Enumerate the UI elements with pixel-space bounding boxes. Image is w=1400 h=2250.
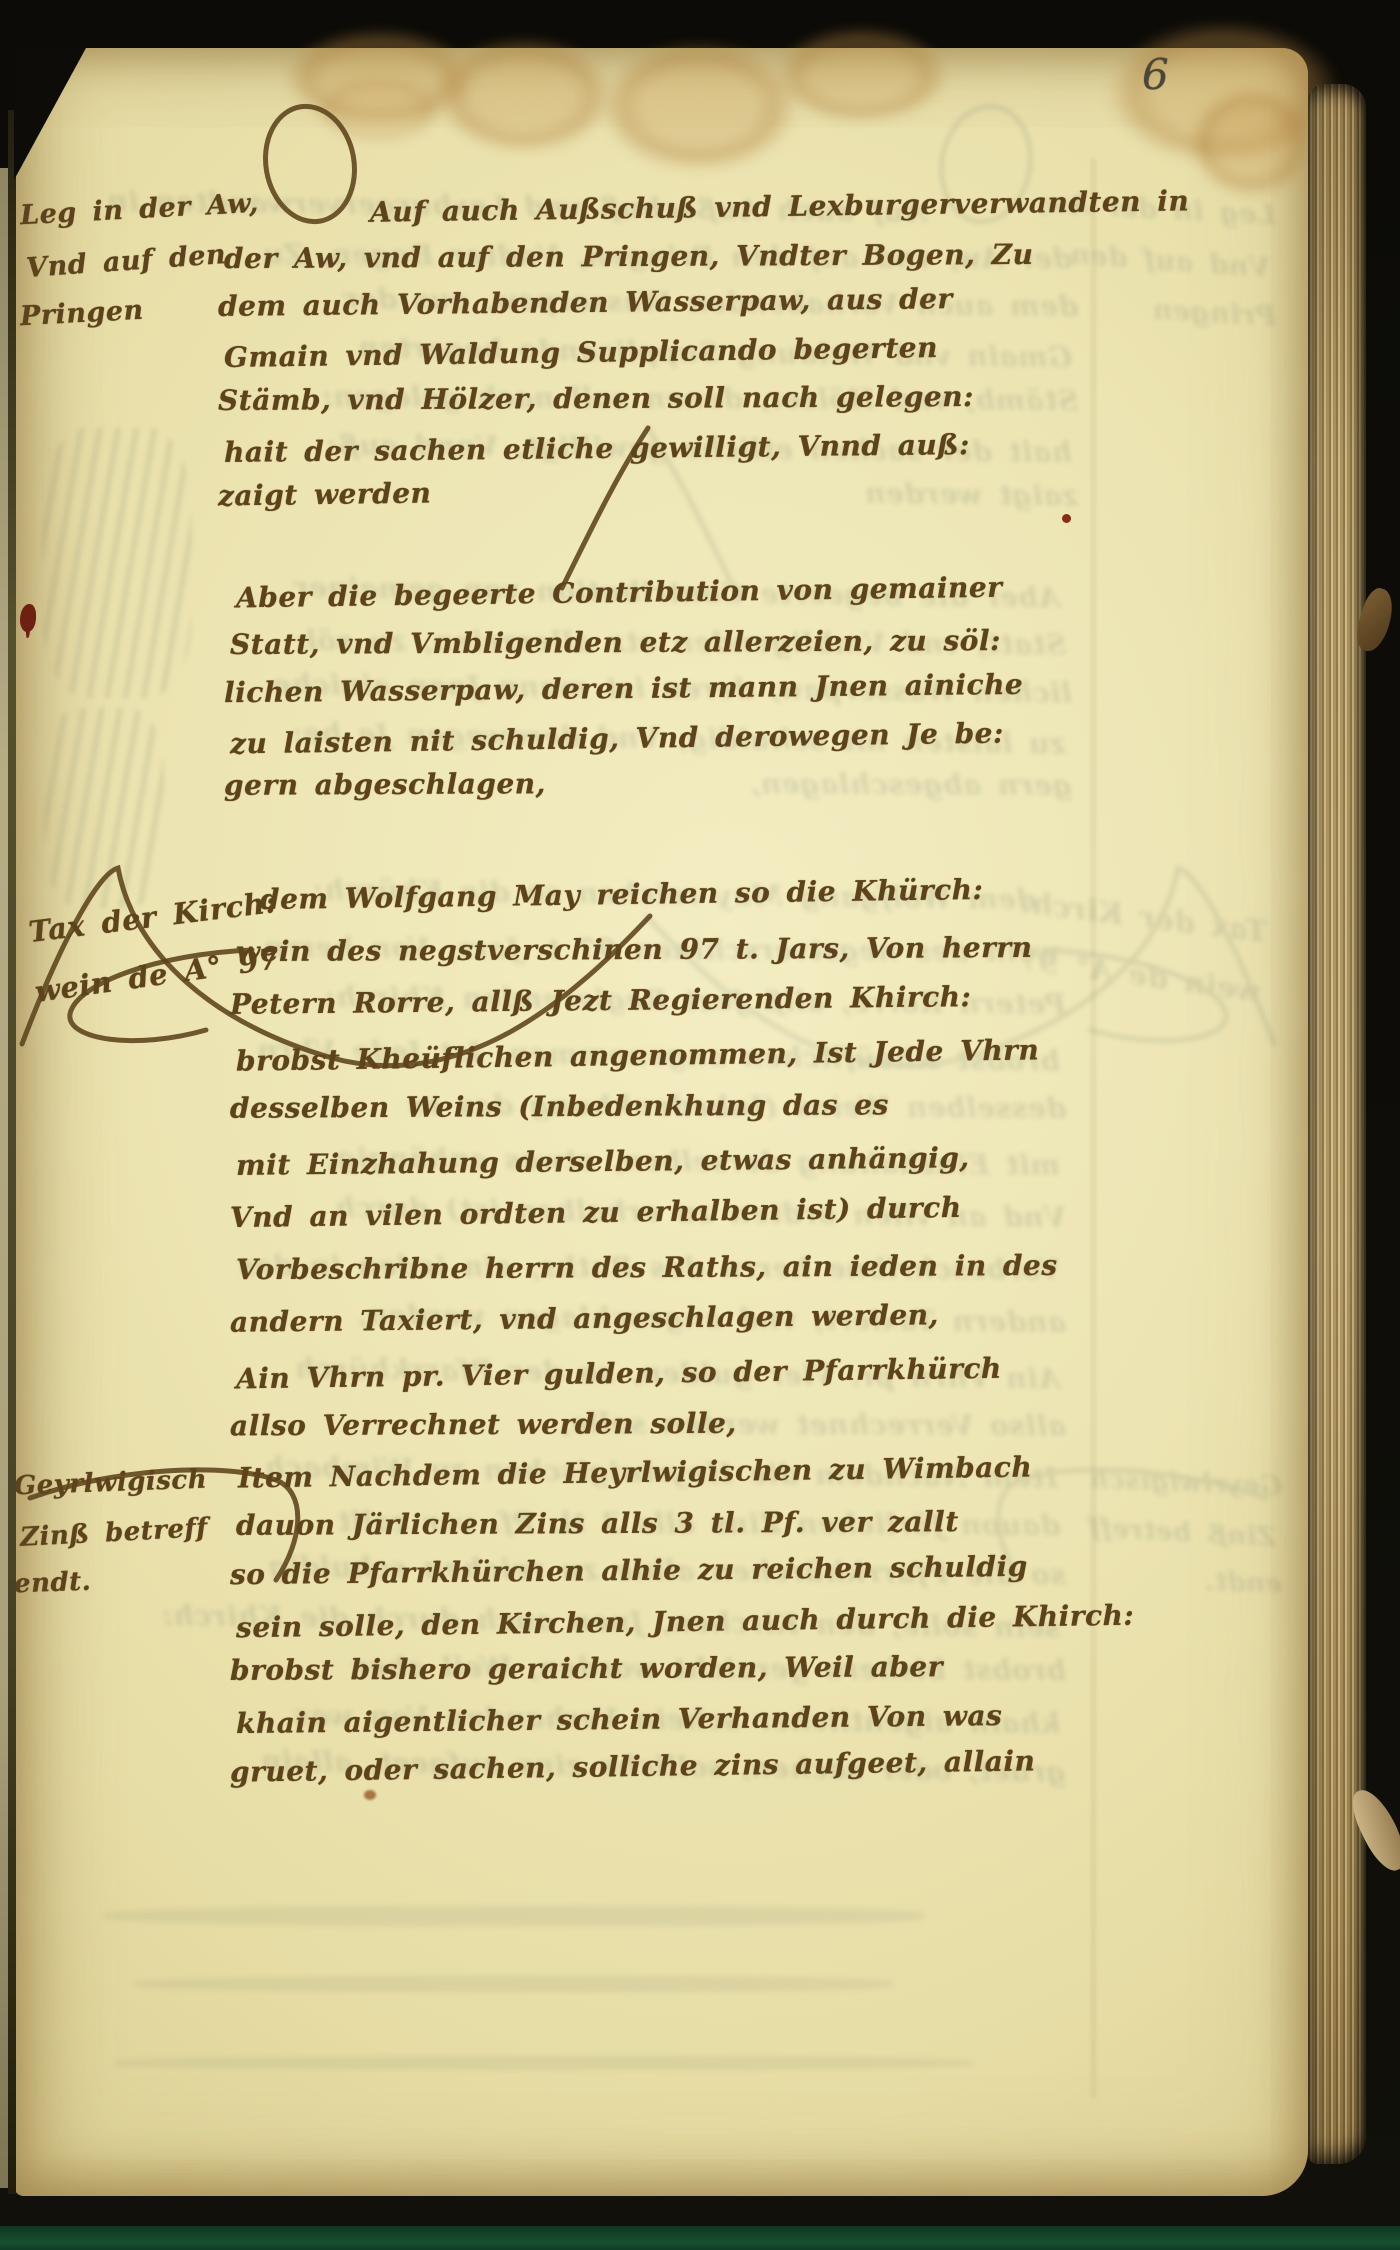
margin-note-line: Pringen <box>19 295 144 332</box>
body-text-line: desselben Weins (Inbedenkhung das es <box>230 1088 889 1124</box>
desk-surface <box>0 2226 1400 2250</box>
book-fore-edge-pages <box>1308 84 1366 2164</box>
body-text-line: allso Verrechnet werden solle, <box>230 1407 737 1443</box>
body-text-line: gern abgeschlagen, <box>224 767 546 802</box>
manuscript-page: Leg in der Aw,Vnd auf denPringenTax der … <box>14 48 1308 2196</box>
margin-note-line: endt. <box>14 1567 92 1600</box>
ink-speck <box>364 1790 376 1800</box>
photo-background: Leg in der Aw,Vnd auf denPringenTax der … <box>0 0 1400 2250</box>
body-text-line: der Aw, vnd auf den Pringen, Vndter Boge… <box>224 238 1034 275</box>
binding-gutter-edge <box>8 110 16 2194</box>
body-text-line: zaigt werden <box>218 477 432 513</box>
ink-speck <box>1062 514 1071 523</box>
body-text-line: Vorbeschribne herrn des Raths, ain ieden… <box>236 1249 1058 1286</box>
body-text-line: Statt, vnd Vmbligenden etz allerzeien, z… <box>230 624 1001 661</box>
body-text-line: Stämb, vnd Hölzer, denen soll nach geleg… <box>218 380 974 417</box>
initial-flourish-oval <box>257 99 364 229</box>
body-text-line: brobst bishero geraicht worden, Weil abe… <box>230 1650 943 1687</box>
ink-layer: 6 Leg in der Aw,Vnd auf denPringenTax de… <box>14 48 1308 2196</box>
binding-paper-sliver <box>0 168 8 2188</box>
body-text-line: dauon Järlichen Zins alls 3 tl. Pf. ver … <box>236 1505 959 1542</box>
body-text-line: wein des negstverschinen 97 t. Jars, Von… <box>236 931 1033 968</box>
